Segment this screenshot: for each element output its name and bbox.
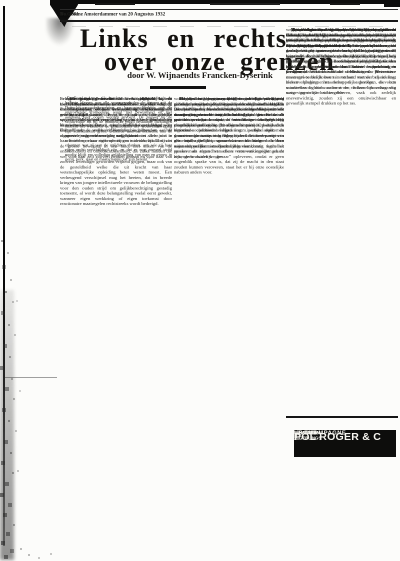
column-end-rule (286, 416, 398, 418)
masthead: De Groene Amsterdammer van 20 Augustus 1… (60, 11, 165, 18)
ad-dealer-city: HAARLEM (299, 430, 320, 436)
byline-divider (150, 86, 206, 89)
scan-artifact-noise-strip (0, 290, 14, 560)
page-number: 9 (60, 11, 63, 18)
article-byline: door W. Wijnaendts Francken-Dyserink (98, 70, 302, 80)
scan-artifact-top-fragment (95, 3, 135, 5)
article-column-left: De jonge generatie . . . . zichzelf — Hi… (60, 96, 172, 464)
article-column-right: weg, dat volgens hem sterilisatie om cri… (286, 27, 396, 407)
article-paragraph: Wanneer men hen links en rechts bezig zi… (286, 27, 396, 48)
scan-artifact-top-right (384, 0, 400, 7)
champagne-advertisement: POL ROGER & CIE LE CHAMPAGNE EN VOGUE JA… (294, 430, 396, 457)
scan-artifact-speckles (0, 0, 2, 2)
newspaper-page: No. 2881 De Groene Amsterdammer van 20 A… (0, 0, 400, 561)
article-paragraph: daarbij door hem genoemd. Deze geestelij… (174, 96, 284, 128)
folio-header: No. 2881 De Groene Amsterdammer van 20 A… (60, 11, 398, 20)
scan-artifact-top-fragment (330, 3, 360, 5)
article-column-middle: worden ontlast, haar mag door deze heili… (174, 96, 284, 464)
header-rule-top (60, 9, 398, 10)
scan-artifact-top-fragment (210, 3, 280, 5)
scan-artifact-corner-fuzz (46, 18, 76, 48)
header-rule-bottom (60, 20, 398, 22)
article-paragraph: Verder spreekt de resolutie de verwachti… (60, 96, 172, 133)
